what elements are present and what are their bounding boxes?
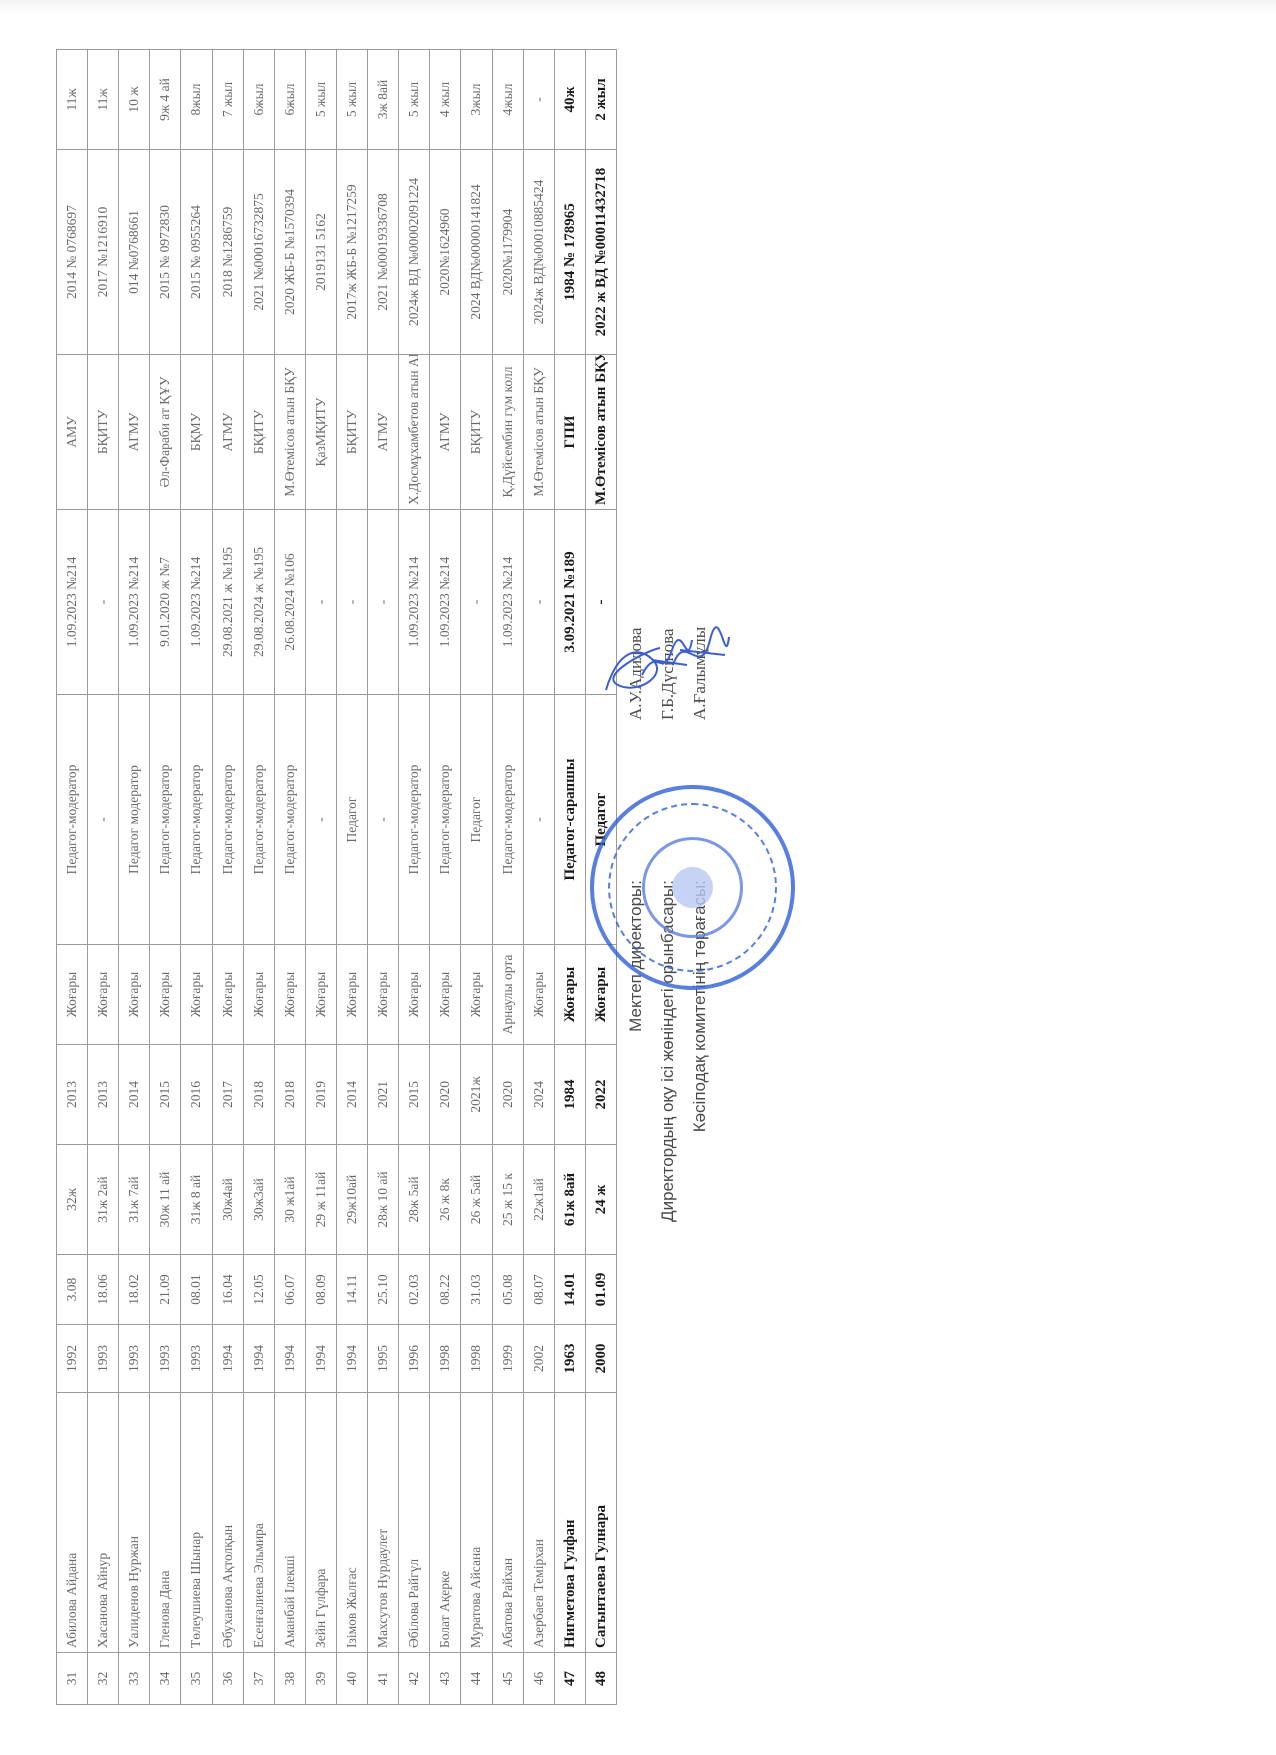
order-reference-cell: - [336, 510, 367, 695]
full-name-cell: Абилова Айдана [57, 1393, 88, 1653]
qualification-category-cell: Педагог-модератор [492, 695, 523, 945]
work-experience-cell: 3ж 8ай [368, 50, 399, 150]
row-number-cell: 40 [336, 1653, 367, 1705]
order-reference-cell: 1.09.2023 №214 [119, 510, 150, 695]
birth-date-cell: 21.09 [150, 1255, 181, 1325]
order-reference-cell: 9.01.2020 ж №7 [150, 510, 181, 695]
work-experience-cell: 2 жыл [585, 50, 616, 150]
age-cell: 32ж [57, 1145, 88, 1255]
birth-date-cell: 25.10 [368, 1255, 399, 1325]
birth-date-cell: 31.03 [461, 1255, 492, 1325]
row-number-cell: 32 [88, 1653, 119, 1705]
education-level-cell: Жоғары [585, 945, 616, 1045]
diploma-number-cell: 2014 № 0768697 [57, 150, 88, 355]
table-row: 31Абилова Айдана19923.0832ж2013ЖоғарыПед… [57, 50, 88, 1705]
row-number-cell: 35 [181, 1653, 212, 1705]
education-level-cell: Жоғары [119, 945, 150, 1045]
table-row: 47Нигметова Гулфан196314.0161ж 8ай1984Жо… [554, 50, 585, 1705]
diploma-number-cell: 2024 ВД№00000141824 [461, 150, 492, 355]
order-reference-cell: - [523, 510, 554, 695]
birth-year-cell: 1995 [368, 1325, 399, 1393]
birth-date-cell: 08.07 [523, 1255, 554, 1325]
university-cell: Х.Досмұхамбетов атын АГУ [399, 355, 430, 510]
education-level-cell: Жоғары [336, 945, 367, 1045]
full-name-cell: Сагынтаева Гулнара [585, 1393, 616, 1653]
order-reference-cell: 1.09.2023 №214 [430, 510, 461, 695]
table-row: 46Азербаев Темірхан200208.0722ж1ай2024Жо… [523, 50, 554, 1705]
full-name-cell: Зейн Гүлфара [305, 1393, 336, 1653]
graduation-year-cell: 2020 [492, 1045, 523, 1145]
row-number-cell: 46 [523, 1653, 554, 1705]
full-name-cell: Азербаев Темірхан [523, 1393, 554, 1653]
university-cell: Әл-Фараби ат ҚҰУ [150, 355, 181, 510]
age-cell: 30 ж1ай [274, 1145, 305, 1255]
graduation-year-cell: 2015 [150, 1045, 181, 1145]
university-cell: ГПИ [554, 355, 585, 510]
order-reference-cell: 1.09.2023 №214 [57, 510, 88, 695]
row-number-cell: 42 [399, 1653, 430, 1705]
signature-scribble-union [665, 625, 735, 685]
qualification-category-cell: Педагог-модератор [57, 695, 88, 945]
birth-date-cell: 08.22 [430, 1255, 461, 1325]
order-reference-cell: 29.08.2024 ж №195 [243, 510, 274, 695]
graduation-year-cell: 2013 [57, 1045, 88, 1145]
row-number-cell: 33 [119, 1653, 150, 1705]
table-row: 41Махсутов Нурдаулет199525.1028ж 10 ай20… [368, 50, 399, 1705]
qualification-category-cell: - [305, 695, 336, 945]
work-experience-cell: 11ж [57, 50, 88, 150]
work-experience-cell: 8жыл [181, 50, 212, 150]
order-reference-cell: 29.08.2021 ж №195 [212, 510, 243, 695]
birth-year-cell: 2000 [585, 1325, 616, 1393]
birth-year-cell: 1994 [336, 1325, 367, 1393]
age-cell: 29 ж 11ай [305, 1145, 336, 1255]
birth-year-cell: 1998 [461, 1325, 492, 1393]
university-cell: БҚИТУ [88, 355, 119, 510]
birth-year-cell: 1993 [88, 1325, 119, 1393]
graduation-year-cell: 2024 [523, 1045, 554, 1145]
table-body: 31Абилова Айдана19923.0832ж2013ЖоғарыПед… [57, 50, 617, 1705]
birth-year-cell: 1996 [399, 1325, 430, 1393]
graduation-year-cell: 2016 [181, 1045, 212, 1145]
full-name-cell: Есенғалиева Эльмира [243, 1393, 274, 1653]
graduation-year-cell: 2019 [305, 1045, 336, 1145]
birth-date-cell: 3.08 [57, 1255, 88, 1325]
order-reference-cell: 3.09.2021 №189 [554, 510, 585, 695]
work-experience-cell: 10 ж [119, 50, 150, 150]
graduation-year-cell: 2015 [399, 1045, 430, 1145]
education-level-cell: Жоғары [150, 945, 181, 1045]
graduation-year-cell: 2014 [119, 1045, 150, 1145]
full-name-cell: Аманбай Ілекші [274, 1393, 305, 1653]
qualification-category-cell: - [368, 695, 399, 945]
diploma-number-cell: 2020№1624960 [430, 150, 461, 355]
birth-year-cell: 1993 [181, 1325, 212, 1393]
birth-year-cell: 1994 [212, 1325, 243, 1393]
university-cell: М.Өтемісов атын БҚУ [274, 355, 305, 510]
graduation-year-cell: 2013 [88, 1045, 119, 1145]
work-experience-cell: - [523, 50, 554, 150]
table-row: 40Ізімов Жалғас199414.1129ж10ай2014Жоғар… [336, 50, 367, 1705]
graduation-year-cell: 2022 [585, 1045, 616, 1145]
qualification-category-cell: Педагог-модератор [181, 695, 212, 945]
row-number-cell: 43 [430, 1653, 461, 1705]
qualification-category-cell: - [523, 695, 554, 945]
birth-year-cell: 1963 [554, 1325, 585, 1393]
qualification-category-cell: Педагог-модератор [150, 695, 181, 945]
full-name-cell: Нигметова Гулфан [554, 1393, 585, 1653]
birth-date-cell: 01.09 [585, 1255, 616, 1325]
diploma-number-cell: 2015 № 0972830 [150, 150, 181, 355]
birth-date-cell: 18.02 [119, 1255, 150, 1325]
age-cell: 28ж 10 ай [368, 1145, 399, 1255]
work-experience-cell: 5 жыл [399, 50, 430, 150]
age-cell: 28ж 5ай [399, 1145, 430, 1255]
university-cell: М.Өтемісов атын БҚУ [523, 355, 554, 510]
row-number-cell: 38 [274, 1653, 305, 1705]
qualification-category-cell: Педагог-модератор [430, 695, 461, 945]
graduation-year-cell: 2018 [243, 1045, 274, 1145]
row-number-cell: 39 [305, 1653, 336, 1705]
university-cell: БҚИТУ [243, 355, 274, 510]
diploma-number-cell: 2022 ж ВД №00011432718 [585, 150, 616, 355]
row-number-cell: 37 [243, 1653, 274, 1705]
birth-date-cell: 02.03 [399, 1255, 430, 1325]
row-number-cell: 45 [492, 1653, 523, 1705]
table-row: 45Абатова Райхан199905.0825 ж 15 к2020Ар… [492, 50, 523, 1705]
rotated-table-container: 31Абилова Айдана19923.0832ж2013ЖоғарыПед… [56, 50, 616, 1705]
birth-year-cell: 1998 [430, 1325, 461, 1393]
full-name-cell: Муратова Айсана [461, 1393, 492, 1653]
table-row: 43Болат Ақерке199808.2226 ж 8к2020Жоғары… [430, 50, 461, 1705]
table-row: 35Төлеушиева Шынар199308.0131ж 8 ай2016Ж… [181, 50, 212, 1705]
education-level-cell: Жоғары [305, 945, 336, 1045]
full-name-cell: Абатова Райхан [492, 1393, 523, 1653]
order-reference-cell: 1.09.2023 №214 [181, 510, 212, 695]
university-cell: АГМУ [212, 355, 243, 510]
birth-year-cell: 1994 [274, 1325, 305, 1393]
qualification-category-cell: Педагог-сарапшы [554, 695, 585, 945]
diploma-number-cell: 1984 № 178965 [554, 150, 585, 355]
work-experience-cell: 5 жыл [336, 50, 367, 150]
birth-year-cell: 1999 [492, 1325, 523, 1393]
qualification-category-cell: Педагог-модератор [212, 695, 243, 945]
education-level-cell: Жоғары [523, 945, 554, 1045]
university-cell: АМУ [57, 355, 88, 510]
staff-table: 31Абилова Айдана19923.0832ж2013ЖоғарыПед… [56, 49, 617, 1705]
work-experience-cell: 9ж 4 ай [150, 50, 181, 150]
age-cell: 26 ж 8к [430, 1145, 461, 1255]
birth-year-cell: 1993 [119, 1325, 150, 1393]
full-name-cell: Гленова Дана [150, 1393, 181, 1653]
diploma-number-cell: 2024ж ВД№00010885424 [523, 150, 554, 355]
age-cell: 30ж 11 ай [150, 1145, 181, 1255]
full-name-cell: Әбілова Райгүл [399, 1393, 430, 1653]
work-experience-cell: 4 жыл [430, 50, 461, 150]
table-row: 44Муратова Айсана199831.0326 ж 5ай2021жЖ… [461, 50, 492, 1705]
diploma-number-cell: 2021 №00016732875 [243, 150, 274, 355]
qualification-category-cell: Педагог-модератор [399, 695, 430, 945]
birth-date-cell: 06.07 [274, 1255, 305, 1325]
order-reference-cell: - [88, 510, 119, 695]
table-row: 37Есенғалиева Эльмира199412.0530ж3ай2018… [243, 50, 274, 1705]
qualification-category-cell: Педагог-модератор [274, 695, 305, 945]
full-name-cell: Ізімов Жалғас [336, 1393, 367, 1653]
diploma-number-cell: 2019131 5162 [305, 150, 336, 355]
row-number-cell: 36 [212, 1653, 243, 1705]
graduation-year-cell: 1984 [554, 1045, 585, 1145]
university-cell: АГМУ [430, 355, 461, 510]
university-cell: АГМУ [368, 355, 399, 510]
education-level-cell: Жоғары [212, 945, 243, 1045]
education-level-cell: Жоғары [554, 945, 585, 1045]
birth-year-cell: 1994 [243, 1325, 274, 1393]
graduation-year-cell: 2021 [368, 1045, 399, 1145]
education-level-cell: Жоғары [181, 945, 212, 1045]
diploma-number-cell: 2024ж ВД №00002091224 [399, 150, 430, 355]
university-cell: Қ.Дүйсембин гум колл [492, 355, 523, 510]
work-experience-cell: 40ж [554, 50, 585, 150]
qualification-category-cell: Педагог [336, 695, 367, 945]
age-cell: 31ж 7ай [119, 1145, 150, 1255]
row-number-cell: 44 [461, 1653, 492, 1705]
full-name-cell: Махсутов Нурдаулет [368, 1393, 399, 1653]
qualification-category-cell: Педагог-модератор [243, 695, 274, 945]
education-level-cell: Арнаулы орта [492, 945, 523, 1045]
birth-year-cell: 1994 [305, 1325, 336, 1393]
graduation-year-cell: 2014 [336, 1045, 367, 1145]
full-name-cell: Әбуханова Ақтолқын [212, 1393, 243, 1653]
row-number-cell: 41 [368, 1653, 399, 1705]
education-level-cell: Жоғары [368, 945, 399, 1045]
diploma-number-cell: 2017 №1216910 [88, 150, 119, 355]
university-cell: М.Өтемісов атын БҚУ [585, 355, 616, 510]
diploma-number-cell: 2021 №00019336708 [368, 150, 399, 355]
diploma-number-cell: 2017ж ЖБ-Б №1217259 [336, 150, 367, 355]
table-row: 42Әбілова Райгүл199602.0328ж 5ай2015Жоға… [399, 50, 430, 1705]
work-experience-cell: 6жыл [243, 50, 274, 150]
work-experience-cell: 4жыл [492, 50, 523, 150]
birth-date-cell: 14.11 [336, 1255, 367, 1325]
diploma-number-cell: 2020 ЖБ-Б №1570394 [274, 150, 305, 355]
row-number-cell: 31 [57, 1653, 88, 1705]
university-cell: БҚМУ [181, 355, 212, 510]
birth-year-cell: 1992 [57, 1325, 88, 1393]
education-level-cell: Жоғары [399, 945, 430, 1045]
table-row: 33Уалиденов Нуржан199318.0231ж 7ай2014Жо… [119, 50, 150, 1705]
diploma-number-cell: 2020№1179904 [492, 150, 523, 355]
university-cell: АГМУ [119, 355, 150, 510]
full-name-cell: Уалиденов Нуржан [119, 1393, 150, 1653]
age-cell: 30ж3ай [243, 1145, 274, 1255]
education-level-cell: Жоғары [274, 945, 305, 1045]
official-stamp: ✦ ✦ ✦ [590, 785, 795, 990]
full-name-cell: Төлеушиева Шынар [181, 1393, 212, 1653]
order-reference-cell: 26.08.2024 №106 [274, 510, 305, 695]
work-experience-cell: 5 жыл [305, 50, 336, 150]
work-experience-cell: 6жыл [274, 50, 305, 150]
full-name-cell: Хасанова Айнур [88, 1393, 119, 1653]
work-experience-cell: 7 жыл [212, 50, 243, 150]
age-cell: 61ж 8ай [554, 1145, 585, 1255]
order-reference-cell: - [305, 510, 336, 695]
graduation-year-cell: 2018 [274, 1045, 305, 1145]
age-cell: 24 ж [585, 1145, 616, 1255]
education-level-cell: Жоғары [88, 945, 119, 1045]
qualification-category-cell: - [88, 695, 119, 945]
graduation-year-cell: 2017 [212, 1045, 243, 1145]
table-row: 38Аманбай Ілекші199406.0730 ж1ай2018Жоға… [274, 50, 305, 1705]
birth-date-cell: 18.06 [88, 1255, 119, 1325]
education-level-cell: Жоғары [243, 945, 274, 1045]
diploma-number-cell: 2018 №1286759 [212, 150, 243, 355]
education-level-cell: Жоғары [461, 945, 492, 1045]
university-cell: БҚИТУ [336, 355, 367, 510]
qualification-category-cell: Педагог [461, 695, 492, 945]
birth-date-cell: 14.01 [554, 1255, 585, 1325]
age-cell: 22ж1ай [523, 1145, 554, 1255]
graduation-year-cell: 2020 [430, 1045, 461, 1145]
row-number-cell: 47 [554, 1653, 585, 1705]
row-number-cell: 48 [585, 1653, 616, 1705]
age-cell: 26 ж 5ай [461, 1145, 492, 1255]
order-reference-cell: - [368, 510, 399, 695]
diploma-number-cell: 2015 № 0955264 [181, 150, 212, 355]
row-number-cell: 34 [150, 1653, 181, 1705]
table-row: 39Зейн Гүлфара199408.0929 ж 11ай2019Жоға… [305, 50, 336, 1705]
education-level-cell: Жоғары [57, 945, 88, 1045]
birth-date-cell: 16.04 [212, 1255, 243, 1325]
university-cell: БҚИТУ [461, 355, 492, 510]
scan-edge [0, 0, 1276, 14]
age-cell: 29ж10ай [336, 1145, 367, 1255]
order-reference-cell: - [461, 510, 492, 695]
order-reference-cell: 1.09.2023 №214 [399, 510, 430, 695]
birth-date-cell: 08.09 [305, 1255, 336, 1325]
birth-year-cell: 1993 [150, 1325, 181, 1393]
order-reference-cell: 1.09.2023 №214 [492, 510, 523, 695]
age-cell: 31ж 8 ай [181, 1145, 212, 1255]
birth-date-cell: 05.08 [492, 1255, 523, 1325]
work-experience-cell: 11ж [88, 50, 119, 150]
age-cell: 31ж 2ай [88, 1145, 119, 1255]
age-cell: 25 ж 15 к [492, 1145, 523, 1255]
full-name-cell: Болат Ақерке [430, 1393, 461, 1653]
qualification-category-cell: Педагог модератор [119, 695, 150, 945]
table-row: 36Әбуханова Ақтолқын199416.0430ж4ай2017Ж… [212, 50, 243, 1705]
birth-year-cell: 2002 [523, 1325, 554, 1393]
table-row: 32Хасанова Айнур199318.0631ж 2ай2013Жоға… [88, 50, 119, 1705]
age-cell: 30ж4ай [212, 1145, 243, 1255]
table-row: 34Гленова Дана199321.0930ж 11 ай2015Жоға… [150, 50, 181, 1705]
university-cell: ҚазМҚИТУ [305, 355, 336, 510]
work-experience-cell: 3жыл [461, 50, 492, 150]
graduation-year-cell: 2021ж [461, 1045, 492, 1145]
diploma-number-cell: 014 №0768661 [119, 150, 150, 355]
birth-date-cell: 08.01 [181, 1255, 212, 1325]
birth-date-cell: 12.05 [243, 1255, 274, 1325]
stamp-text: ✦ ✦ ✦ [688, 783, 697, 980]
education-level-cell: Жоғары [430, 945, 461, 1045]
